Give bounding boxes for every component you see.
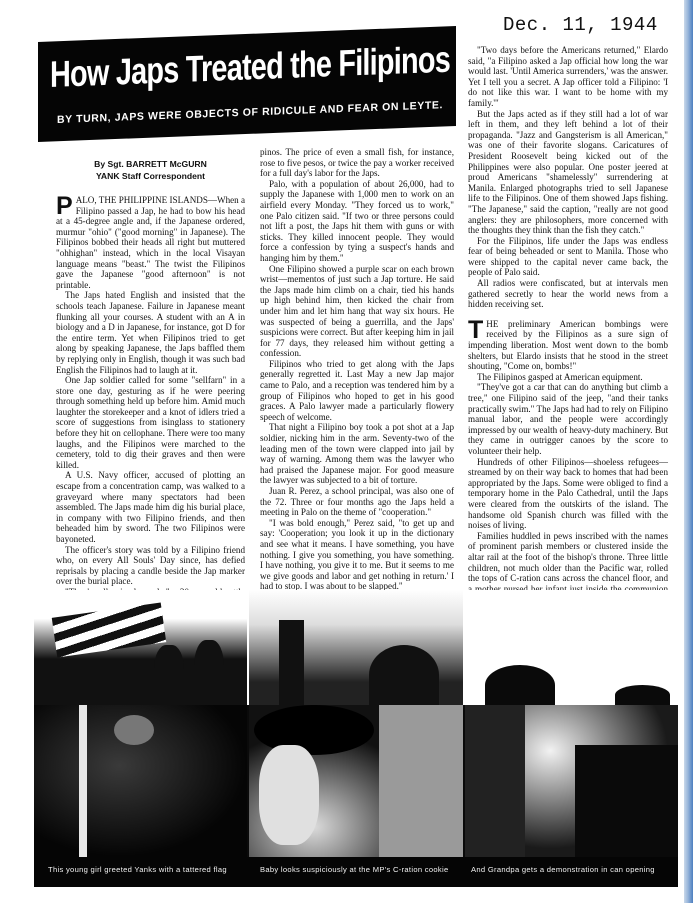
photo-baby-top — [249, 590, 463, 705]
paragraph: The Filipinos gasped at American equipme… — [468, 372, 668, 383]
photo-caption: This young girl greeted Yanks with a tat… — [48, 865, 227, 874]
paragraph: The Japs hated English and insisted that… — [56, 290, 245, 375]
paragraph: A U.S. Navy officer, accused of plotting… — [56, 470, 245, 544]
paragraph: THE preliminary American bombings were r… — [468, 319, 668, 372]
photo-caption: And Grandpa gets a demonstration in can … — [471, 865, 655, 874]
window-edge — [684, 0, 693, 903]
dateline: ALO, THE PHILIPPINE ISLANDS — [76, 195, 208, 205]
author-name: By Sgt. BARRETT McGURN — [56, 158, 245, 170]
paragraph: pinos. The price of even a small fish, f… — [260, 147, 454, 179]
paragraph: For the Filipinos, life under the Japs w… — [468, 236, 668, 278]
paragraph: Palo, with a population of about 26,000,… — [260, 179, 454, 264]
paragraph: "Two days before the Americans returned,… — [468, 45, 668, 109]
issue-date: Dec. 11, 1944 — [503, 14, 658, 36]
paragraph: The officer's story was told by a Filipi… — [56, 545, 245, 587]
photo-caption-bar: This young girl greeted Yanks with a tat… — [34, 857, 678, 887]
photo-strip — [34, 705, 678, 857]
drop-cap: P — [56, 196, 73, 216]
photo-caption: Baby looks suspiciously at the MP's C-ra… — [260, 865, 449, 874]
photo-strip-top — [34, 590, 678, 705]
photo-girl-with-flag-top — [34, 590, 247, 705]
byline: By Sgt. BARRETT McGURN YANK Staff Corres… — [56, 158, 245, 182]
photo-baby-with-cookie — [249, 705, 463, 857]
paragraph: "I was bold enough," Perez said, "to get… — [260, 518, 454, 592]
paragraph: All radios were confiscated, but at inte… — [468, 278, 668, 310]
paragraph: PALO, THE PHILIPPINE ISLANDS—When a Fili… — [56, 195, 245, 290]
paragraph: One Jap soldier called for some "sellfar… — [56, 375, 245, 470]
paragraph: Juan R. Perez, a school principal, was a… — [260, 486, 454, 518]
paragraph: But the Japs acted as if they still had … — [468, 109, 668, 236]
author-title: YANK Staff Correspondent — [56, 170, 245, 182]
photo-grandpa-top — [465, 590, 678, 705]
photo-girl-with-flag — [34, 705, 247, 857]
paragraph: One Filipino showed a purple scar on eac… — [260, 264, 454, 359]
paragraph: Hundreds of other Filipinos—shoeless ref… — [468, 457, 668, 531]
paragraph: "They've got a car that can do anything … — [468, 382, 668, 456]
paragraph: That night a Filipino boy took a pot sho… — [260, 422, 454, 486]
drop-cap: T — [468, 320, 483, 340]
photo-grandpa-can-opening — [465, 705, 678, 857]
paragraph: Filipinos who tried to get along with th… — [260, 359, 454, 423]
